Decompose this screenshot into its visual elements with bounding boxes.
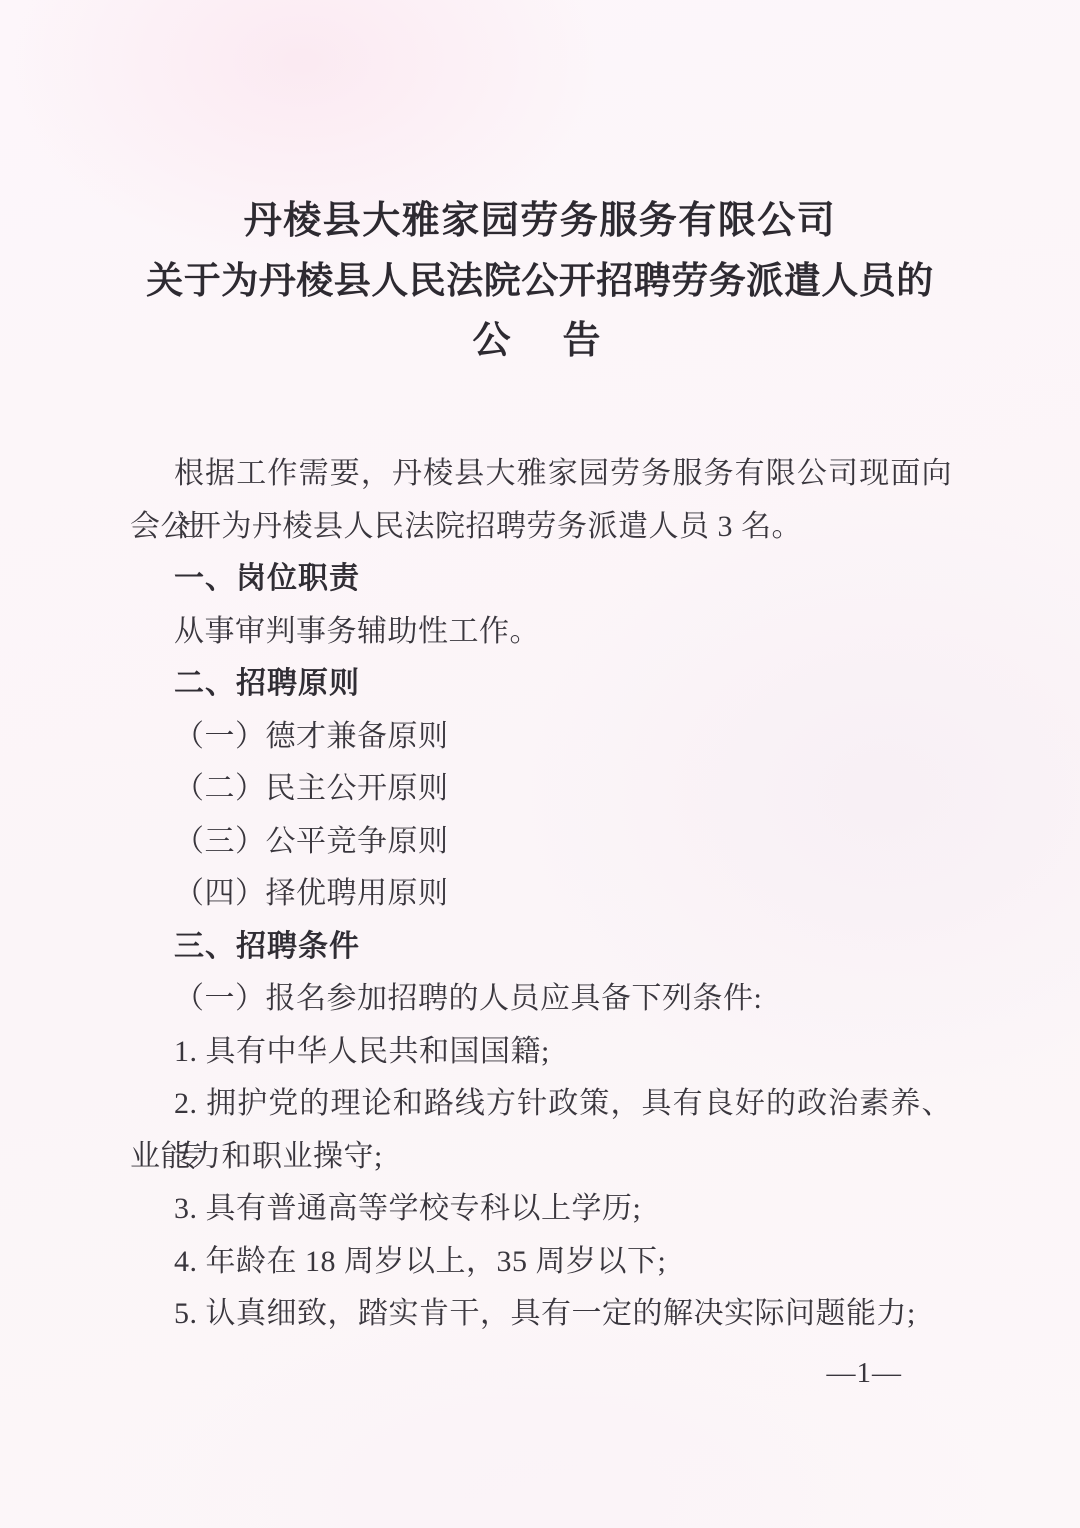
body-line: 会公开为丹棱县人民法院招聘劳务派遣人员 3 名。 [130,501,952,554]
list-item: （三）公平竞争原则 [130,816,952,869]
body-line: （一）报名参加招聘的人员应具备下列条件: [130,973,952,1026]
list-item: 5. 认真细致，踏实肯干，具有一定的解决实际问题能力; [130,1288,952,1341]
document-page: 丹棱县大雅家园劳务服务有限公司 关于为丹棱县人民法院公开招聘劳务派遣人员的 公 … [0,0,1080,1528]
title-line-company: 丹棱县大雅家园劳务服务有限公司 [0,191,1080,251]
list-item: （一）德才兼备原则 [130,711,952,764]
list-item: （二）民主公开原则 [130,763,952,816]
document-title: 丹棱县大雅家园劳务服务有限公司 关于为丹棱县人民法院公开招聘劳务派遣人员的 公 … [0,191,1080,371]
list-item: 2. 拥护党的理论和路线方针政策，具有良好的政治素养、专 [130,1078,952,1131]
list-item: 1. 具有中华人民共和国国籍; [130,1026,952,1079]
section-heading-3: 三、招聘条件 [130,921,952,974]
list-item: （四）择优聘用原则 [130,868,952,921]
body-line: 业能力和职业操守; [130,1131,952,1184]
title-line-subject: 关于为丹棱县人民法院公开招聘劳务派遣人员的 [0,251,1080,311]
page-number: —1— [827,1352,903,1394]
title-line-announcement: 公 告 [0,311,1080,371]
body-line: 从事审判事务辅助性工作。 [130,606,952,659]
list-item: 4. 年龄在 18 周岁以上，35 周岁以下; [130,1236,952,1289]
document-body: 根据工作需要，丹棱县大雅家园劳务服务有限公司现面向社 会公开为丹棱县人民法院招聘… [130,448,952,1341]
list-item: 3. 具有普通高等学校专科以上学历; [130,1183,952,1236]
section-heading-2: 二、招聘原则 [130,658,952,711]
body-line: 根据工作需要，丹棱县大雅家园劳务服务有限公司现面向社 [130,448,952,501]
section-heading-1: 一、岗位职责 [130,553,952,606]
